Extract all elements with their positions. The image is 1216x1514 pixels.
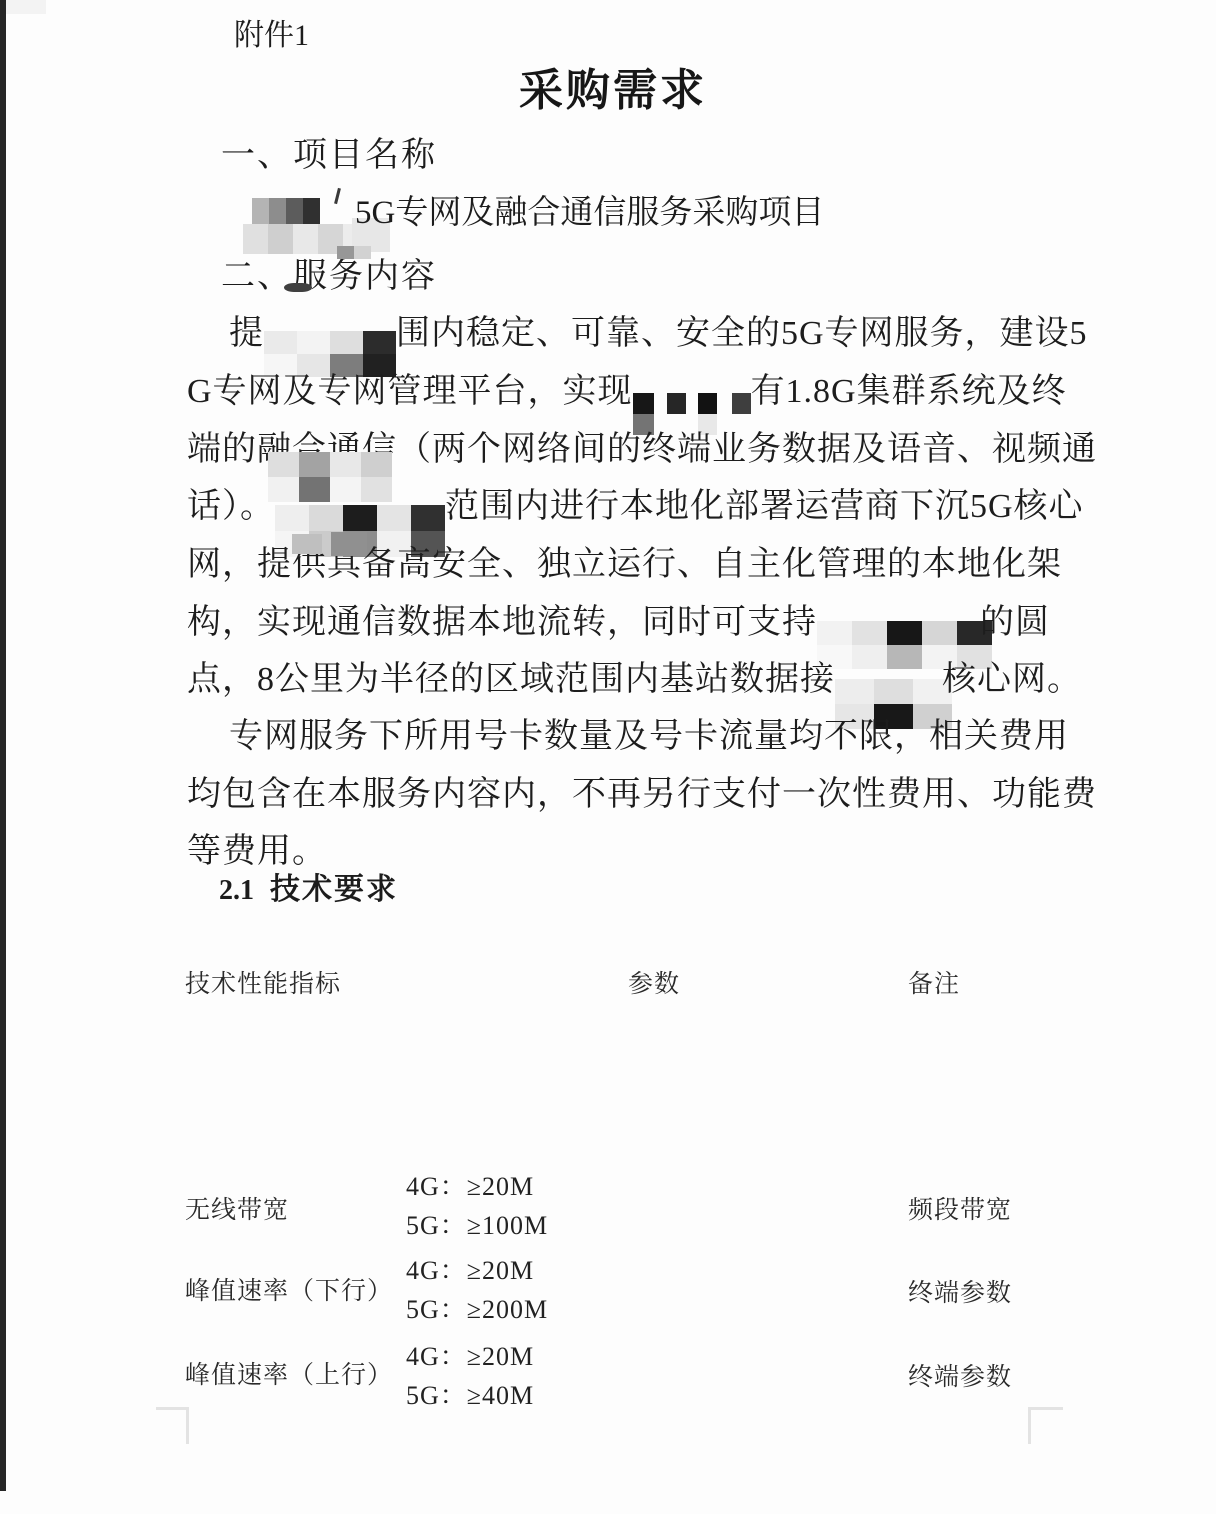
heading-text: 技术要求 <box>270 873 398 906</box>
text-run: 围内稳定、可靠、安全的5G专网服务，建设5 <box>396 315 1088 352</box>
section-heading-service-content: 二、服务内容 <box>221 248 437 297</box>
table-header-remark: 备注 <box>908 964 960 1000</box>
page-margin-corner-left <box>156 1407 189 1444</box>
table-cell-param-5g: 5G：≥100M <box>406 1205 548 1242</box>
redaction-mosaic <box>292 534 322 554</box>
table-cell-remark: 频段带宽 <box>908 1190 1012 1226</box>
text-run: G专网及专网管理平台，实现 <box>187 373 633 410</box>
text-run: 范围内进行本地化部署运营商下沉5G核心 <box>445 488 1084 525</box>
text-run: 话）。 <box>187 488 275 525</box>
table-cell-indicator: 峰值速率（下行） <box>185 1271 393 1307</box>
table-cell-param-5g: 5G：≥200M <box>406 1289 548 1326</box>
text-run: 构，实现通信数据本地流转，同时可支持 <box>187 604 817 641</box>
table-header-indicator: 技术性能指标 <box>185 964 341 1000</box>
paragraph-line: 专网服务下所用号卡数量及号卡流量均不限，相关费用 <box>229 708 1069 757</box>
text-run: 核心网。 <box>942 661 1082 698</box>
redaction-mosaic <box>331 532 367 556</box>
section-heading-project-name: 一、项目名称 <box>221 127 437 176</box>
text-run: 点，8公里为半径的区域范围内基站数据接 <box>187 661 835 698</box>
table-cell-remark: 终端参数 <box>908 1273 1012 1309</box>
redaction-mosaic <box>337 246 371 259</box>
paragraph-line: 均包含在本服务内容内，不再另行支付一次性费用、功能费 <box>187 766 1097 815</box>
text-run: 提 <box>229 315 264 352</box>
page-margin-corner-right <box>1028 1407 1063 1444</box>
table-cell-param-5g: 5G：≥40M <box>406 1375 534 1412</box>
document-title: 采购需求 <box>519 54 707 118</box>
partial-glyph-mark <box>284 283 312 292</box>
attachment-label: 附件1 <box>234 10 309 54</box>
tech-requirements-heading: 2.1 技术要求 <box>219 864 398 908</box>
document-page: 附件1 采购需求 一、项目名称 5G专网及融合通信服务采购项目 二、服务内容 提… <box>0 0 1216 1514</box>
table-cell-param-4g: 4G：≥20M <box>406 1336 534 1373</box>
scan-artifact <box>6 0 46 14</box>
partial-glyph-mark <box>334 188 341 204</box>
table-cell-param-4g: 4G：≥20M <box>406 1166 534 1203</box>
table-cell-indicator: 峰值速率（上行） <box>185 1355 393 1391</box>
text-run: 有1.8G集群系统及终 <box>751 373 1067 410</box>
table-header-param: 参数 <box>628 964 680 1000</box>
table-cell-param-4g: 4G：≥20M <box>406 1250 534 1287</box>
text-run: 的圆 <box>980 604 1050 641</box>
project-name-line: 5G专网及融合通信服务采购项目 <box>355 186 824 233</box>
heading-number: 2.1 <box>219 875 254 906</box>
table-cell-indicator: 无线带宽 <box>185 1190 289 1226</box>
redaction-mosaic <box>252 198 320 224</box>
scan-edge-bar <box>0 0 6 1491</box>
table-cell-remark: 终端参数 <box>908 1357 1012 1393</box>
